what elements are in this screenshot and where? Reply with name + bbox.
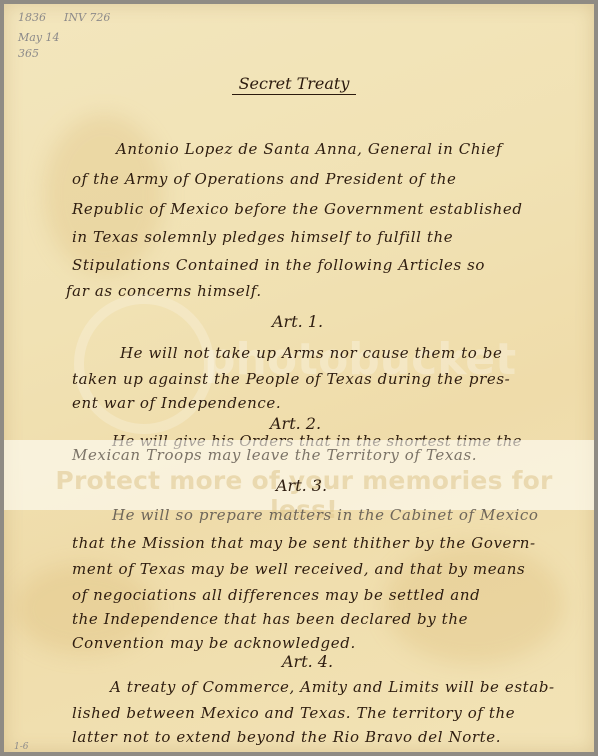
article-heading: Art. 3. <box>276 476 327 495</box>
article-line: ent war of Independence. <box>72 394 281 412</box>
watermark-ring <box>74 294 214 434</box>
preamble-line: Stipulations Contained in the following … <box>72 256 485 274</box>
archive-year: 1836 <box>18 12 46 24</box>
preamble-line: in Texas solemnly pledges himself to ful… <box>72 228 453 246</box>
article-line: He will not take up Arms nor cause them … <box>120 344 502 362</box>
article-line: lished between Mexico and Texas. The ter… <box>72 704 515 722</box>
article-line: that the Mission that may be sent thithe… <box>72 534 536 552</box>
preamble-line: of the Army of Operations and President … <box>72 170 456 188</box>
article-line: the Independence that has been declared … <box>72 610 468 628</box>
preamble-line: Antonio Lopez de Santa Anna, General in … <box>116 140 502 158</box>
article-heading: Art. 1. <box>272 312 323 331</box>
article-line: latter not to extend beyond the Rio Brav… <box>72 728 501 746</box>
archive-ref: INV 726 <box>64 12 110 24</box>
article-line: of negociations all differences may be s… <box>72 586 480 604</box>
document-title: Secret Treaty <box>232 74 356 95</box>
paper-stain <box>44 114 164 274</box>
article-line: taken up against the People of Texas dur… <box>72 370 510 388</box>
article-heading: Art. 4. <box>282 652 333 671</box>
archive-number: 365 <box>18 48 39 60</box>
article-line: A treaty of Commerce, Amity and Limits w… <box>110 678 555 696</box>
archive-date: May 14 <box>18 32 60 44</box>
article-heading: Art. 2. <box>270 414 321 433</box>
manuscript-page: 1836 INV 726 May 14 365 Secret Treaty An… <box>4 4 594 752</box>
preamble-line: Republic of Mexico before the Government… <box>72 200 523 218</box>
article-line: ment of Texas may be well received, and … <box>72 560 525 578</box>
archive-footer-mark: 1-6 <box>14 742 29 752</box>
article-line: He will so prepare matters in the Cabine… <box>112 506 539 524</box>
article-line: Mexican Troops may leave the Territory o… <box>72 446 477 464</box>
article-line: Convention may be acknowledged. <box>72 634 356 652</box>
